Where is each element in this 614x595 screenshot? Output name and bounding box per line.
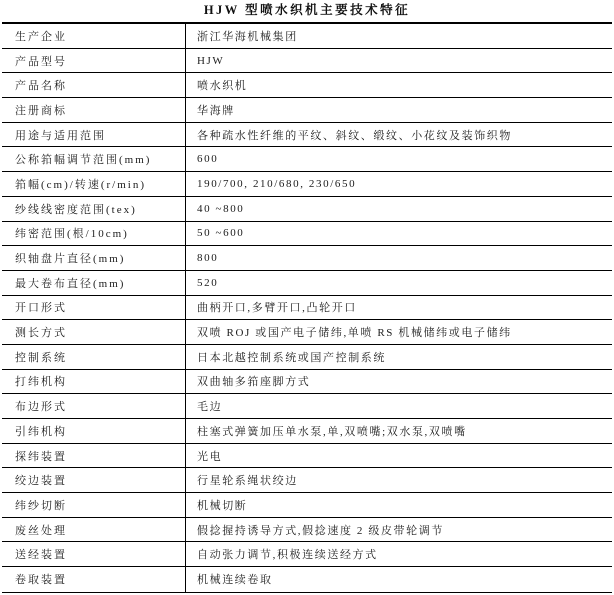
spec-label: 纬纱切断 bbox=[2, 493, 186, 517]
document-page: HJW 型喷水织机主要技术特征 生产企业浙江华海机械集团产品型号HJW产品名称喷… bbox=[0, 0, 614, 595]
spec-value: 行星轮系绳状绞边 bbox=[186, 472, 612, 488]
spec-value: 双喷 ROJ 或国产电子储纬,单喷 RS 机械储纬或电子储纬 bbox=[186, 324, 612, 340]
table-row: 纬密范围(根/10cm)50 ~600 bbox=[2, 222, 612, 247]
spec-value: 机械切断 bbox=[186, 497, 612, 513]
spec-label: 送经装置 bbox=[2, 542, 186, 566]
table-row: 打纬机构双曲轴多筘座脚方式 bbox=[2, 370, 612, 395]
spec-label: 绞边装置 bbox=[2, 468, 186, 492]
table-row: 纬纱切断机械切断 bbox=[2, 493, 612, 518]
spec-label: 打纬机构 bbox=[2, 370, 186, 394]
spec-label: 注册商标 bbox=[2, 98, 186, 122]
spec-value: 520 bbox=[186, 277, 612, 289]
spec-value: 喷水织机 bbox=[186, 77, 612, 93]
table-row: 公称筘幅调节范围(mm)600 bbox=[2, 147, 612, 172]
spec-label: 生产企业 bbox=[2, 24, 186, 48]
table-row: 绞边装置行星轮系绳状绞边 bbox=[2, 468, 612, 493]
spec-value: 浙江华海机械集团 bbox=[186, 28, 612, 44]
spec-label: 开口形式 bbox=[2, 296, 186, 320]
table-row: 织轴盘片直径(mm)800 bbox=[2, 246, 612, 271]
spec-value: 日本北越控制系统或国产控制系统 bbox=[186, 349, 612, 365]
spec-value: 光电 bbox=[186, 448, 612, 464]
spec-label: 产品名称 bbox=[2, 73, 186, 97]
spec-value: 毛边 bbox=[186, 398, 612, 414]
table-row: 探纬装置光电 bbox=[2, 444, 612, 469]
spec-value: HJW bbox=[186, 55, 612, 67]
table-row: 卷取装置机械连续卷取 bbox=[2, 567, 612, 592]
spec-value: 50 ~600 bbox=[186, 227, 612, 239]
spec-label: 测长方式 bbox=[2, 320, 186, 344]
table-row: 注册商标华海牌 bbox=[2, 98, 612, 123]
spec-label: 纬密范围(根/10cm) bbox=[2, 222, 186, 246]
spec-label: 引纬机构 bbox=[2, 419, 186, 443]
table-row: 控制系统日本北越控制系统或国产控制系统 bbox=[2, 345, 612, 370]
spec-value: 40 ~800 bbox=[186, 203, 612, 215]
spec-table: 生产企业浙江华海机械集团产品型号HJW产品名称喷水织机注册商标华海牌用途与适用范… bbox=[2, 22, 612, 593]
spec-label: 纱线线密度范围(tex) bbox=[2, 197, 186, 221]
spec-label: 织轴盘片直径(mm) bbox=[2, 246, 186, 270]
spec-label: 最大卷布直径(mm) bbox=[2, 271, 186, 295]
spec-value: 自动张力调节,积极连续送经方式 bbox=[186, 546, 612, 562]
table-row: 布边形式毛边 bbox=[2, 394, 612, 419]
spec-value: 柱塞式弹簧加压单水泵,单,双喷嘴;双水泵,双喷嘴 bbox=[186, 423, 612, 439]
spec-value: 假捻握持诱导方式,假捻速度 2 级皮带轮调节 bbox=[186, 522, 612, 538]
spec-label: 筘幅(cm)/转速(r/min) bbox=[2, 172, 186, 196]
table-row: 送经装置自动张力调节,积极连续送经方式 bbox=[2, 542, 612, 567]
table-row: 生产企业浙江华海机械集团 bbox=[2, 24, 612, 49]
spec-value: 华海牌 bbox=[186, 102, 612, 118]
table-row: 用途与适用范围各种疏水性纤维的平纹、斜纹、缎纹、小花纹及装饰织物 bbox=[2, 123, 612, 148]
spec-value: 600 bbox=[186, 153, 612, 165]
spec-label: 用途与适用范围 bbox=[2, 123, 186, 147]
spec-label: 控制系统 bbox=[2, 345, 186, 369]
spec-value: 800 bbox=[186, 252, 612, 264]
spec-label: 产品型号 bbox=[2, 49, 186, 73]
table-row: 纱线线密度范围(tex)40 ~800 bbox=[2, 197, 612, 222]
table-row: 筘幅(cm)/转速(r/min)190/700, 210/680, 230/65… bbox=[2, 172, 612, 197]
table-row: 引纬机构柱塞式弹簧加压单水泵,单,双喷嘴;双水泵,双喷嘴 bbox=[2, 419, 612, 444]
spec-value: 各种疏水性纤维的平纹、斜纹、缎纹、小花纹及装饰织物 bbox=[186, 127, 612, 143]
spec-label: 卷取装置 bbox=[2, 567, 186, 592]
table-row: 废丝处理假捻握持诱导方式,假捻速度 2 级皮带轮调节 bbox=[2, 518, 612, 543]
spec-label: 探纬装置 bbox=[2, 444, 186, 468]
page-title: HJW 型喷水织机主要技术特征 bbox=[0, 0, 614, 22]
spec-label: 布边形式 bbox=[2, 394, 186, 418]
spec-value: 曲柄开口,多臂开口,凸轮开口 bbox=[186, 299, 612, 315]
table-row: 测长方式双喷 ROJ 或国产电子储纬,单喷 RS 机械储纬或电子储纬 bbox=[2, 320, 612, 345]
table-row: 开口形式曲柄开口,多臂开口,凸轮开口 bbox=[2, 296, 612, 321]
spec-label: 公称筘幅调节范围(mm) bbox=[2, 147, 186, 171]
spec-value: 双曲轴多筘座脚方式 bbox=[186, 373, 612, 389]
table-row: 产品名称喷水织机 bbox=[2, 73, 612, 98]
table-row: 最大卷布直径(mm)520 bbox=[2, 271, 612, 296]
table-row: 产品型号HJW bbox=[2, 49, 612, 74]
spec-label: 废丝处理 bbox=[2, 518, 186, 542]
spec-value: 190/700, 210/680, 230/650 bbox=[186, 178, 612, 190]
spec-value: 机械连续卷取 bbox=[186, 571, 612, 587]
